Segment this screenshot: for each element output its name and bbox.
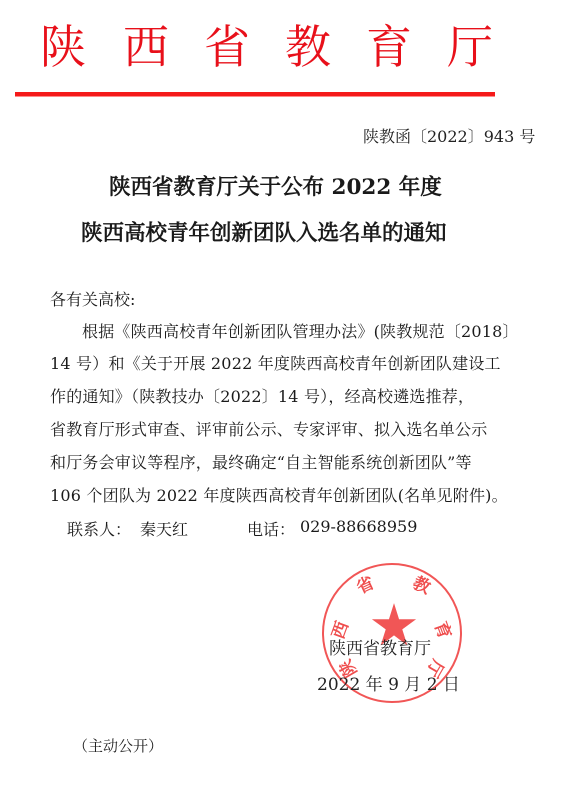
document-title-line-1: 陕西省教育厅关于公布 2022 年度 [109, 170, 574, 201]
contact-phone-label: 电话： [247, 517, 295, 540]
document-title-line-2: 陕西高校青年创新团队入选名单的通知 [81, 216, 574, 247]
contact-person-name: 秦天红 [140, 517, 188, 540]
issuer-name: 陕西省教育厅 [329, 634, 431, 659]
body-line: 根据《陕西高校青年创新团队管理办法》(陕教规范〔2018〕 [82, 319, 519, 342]
body-line: 106 个团队为 2022 年度陕西高校青年创新团队(名单见附件)。 [50, 483, 508, 506]
body-line: 14 号）和《关于开展 2022 年度陕西高校青年创新团队建设工 [50, 351, 501, 374]
body-line: 和厅务会审议等程序，最终确定“自主智能系统创新团队”等 [50, 450, 472, 473]
body-line: 作的通知》（陕教技办〔2022〕14 号），经高校遴选推荐， [50, 384, 474, 407]
seal-char: 省 [352, 569, 378, 599]
salutation: 各有关高校: [50, 287, 135, 310]
letterhead-char: 教 [285, 18, 331, 76]
seal-char: 教 [410, 569, 436, 599]
letterhead-char: 西 [123, 18, 169, 76]
seal-char: 育 [430, 617, 459, 642]
letterhead-char: 省 [204, 18, 250, 76]
letterhead: 陕 西 省 教 育 厅 [0, 18, 574, 78]
disclosure-note: （主动公开） [73, 735, 163, 756]
issue-date: 2022 年 9 月 2 日 [317, 670, 460, 695]
letterhead-char: 育 [366, 18, 412, 76]
letterhead-divider [15, 92, 495, 96]
contact-phone: 029-88668959 [300, 517, 417, 536]
letterhead-char: 厅 [447, 18, 493, 76]
body-line: 省教育厅形式审查、评审前公示、专家评审、拟入选名单公示 [50, 417, 487, 440]
document-number: 陕教函〔2022〕943 号 [363, 124, 535, 147]
contact-person-label: 联系人： [67, 517, 131, 540]
letterhead-char: 陕 [40, 18, 86, 76]
